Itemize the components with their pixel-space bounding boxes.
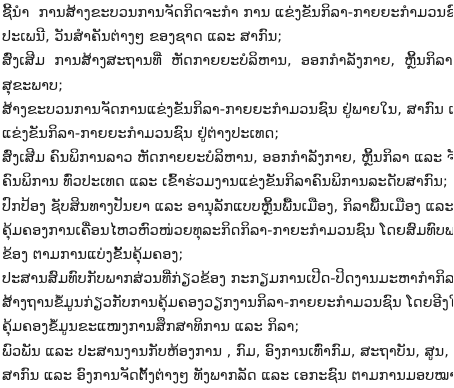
text-line: ແຂ່ງຂັນກິລາ-ກາຍຍະກຳມວນຊົນ ຢູ່ຕ່າງປະເທດ; <box>2 122 453 146</box>
text-line: ພົວພັນ ແລະ ປະສານງານກັບຫ້ອງການ , ກົມ, ອົງ… <box>2 340 453 364</box>
text-line: ຂ້ອງ ຕາມການແບ່ງຂັ້ນຄຸ້ມຄອງ; <box>2 243 453 267</box>
text-line: ຄຸ້ມຄອງຂໍ້ມູນຂະແໜງການສຶກສາທິການ ແລະ ກິລາ… <box>2 315 453 339</box>
document-text-block: ຊີ້ນຳ ການສ້າງຂະບວນການຈັດກິດຈະກຳ ການ ແຂ່ງ… <box>2 1 453 388</box>
text-line: ສ້າງຖານຂໍ້ມູນກ່ຽວກັບການຄຸ້ມຄອງວຽກງານກິລາ… <box>2 291 453 315</box>
document-page: ຊີ້ນຳ ການສ້າງຂະບວນການຈັດກິດຈະກຳ ການ ແຂ່ງ… <box>0 0 454 388</box>
text-line: ສຸຂະພາບ; <box>2 74 453 98</box>
text-line: ປົກປ້ອງ ຊັບສິນທາງປັນຍາ ແລະ ອານຸລັກແບບຫຼິ… <box>2 195 453 219</box>
text-line: ຄຸ້ມຄອງການເຄື່ອນໄຫວຫົວໜ່ວຍທຸລະກິດກິລາ-ກາ… <box>2 219 453 243</box>
text-line: ປະສານສົມທົບກັບພາກສ່ວນທີ່ກ່ຽວຂ້ອງ ກະກຽມກາ… <box>2 267 453 291</box>
text-line: ສ້າງຂະບວນການຈັດການແຂ່ງຂັນກິລາ-ກາຍຍະກຳມວນ… <box>2 98 453 122</box>
text-line: ຊີ້ນຳ ການສ້າງຂະບວນການຈັດກິດຈະກຳ ການ ແຂ່ງ… <box>2 1 453 25</box>
text-line: ສາກົນ ແລະ ອົງການຈັດຕັ້ງຕ່າງໆ ທັງພາກລັດ ແ… <box>2 364 453 388</box>
text-line: ປະເພນີ, ວັນສຳຄັນຕ່າງໆ ຂອງຊາດ ແລະ ສາກົນ; <box>2 25 453 49</box>
text-line: ສົ່ງເສີມ ການສ້າງສະຖານທີ່ ຫັດກາຍຍະບໍລິຫານ… <box>2 49 453 73</box>
text-line: ສົ່ງເສີມ ຄົນພິການລາວ ຫັດກາຍຍະບໍລິຫານ, ອອ… <box>2 146 453 170</box>
text-line: ຄົນພິການ ທົ່ວປະເທດ ແລະ ເຂົ້າຮ່ວມງານແຂ່ງຂ… <box>2 170 453 194</box>
